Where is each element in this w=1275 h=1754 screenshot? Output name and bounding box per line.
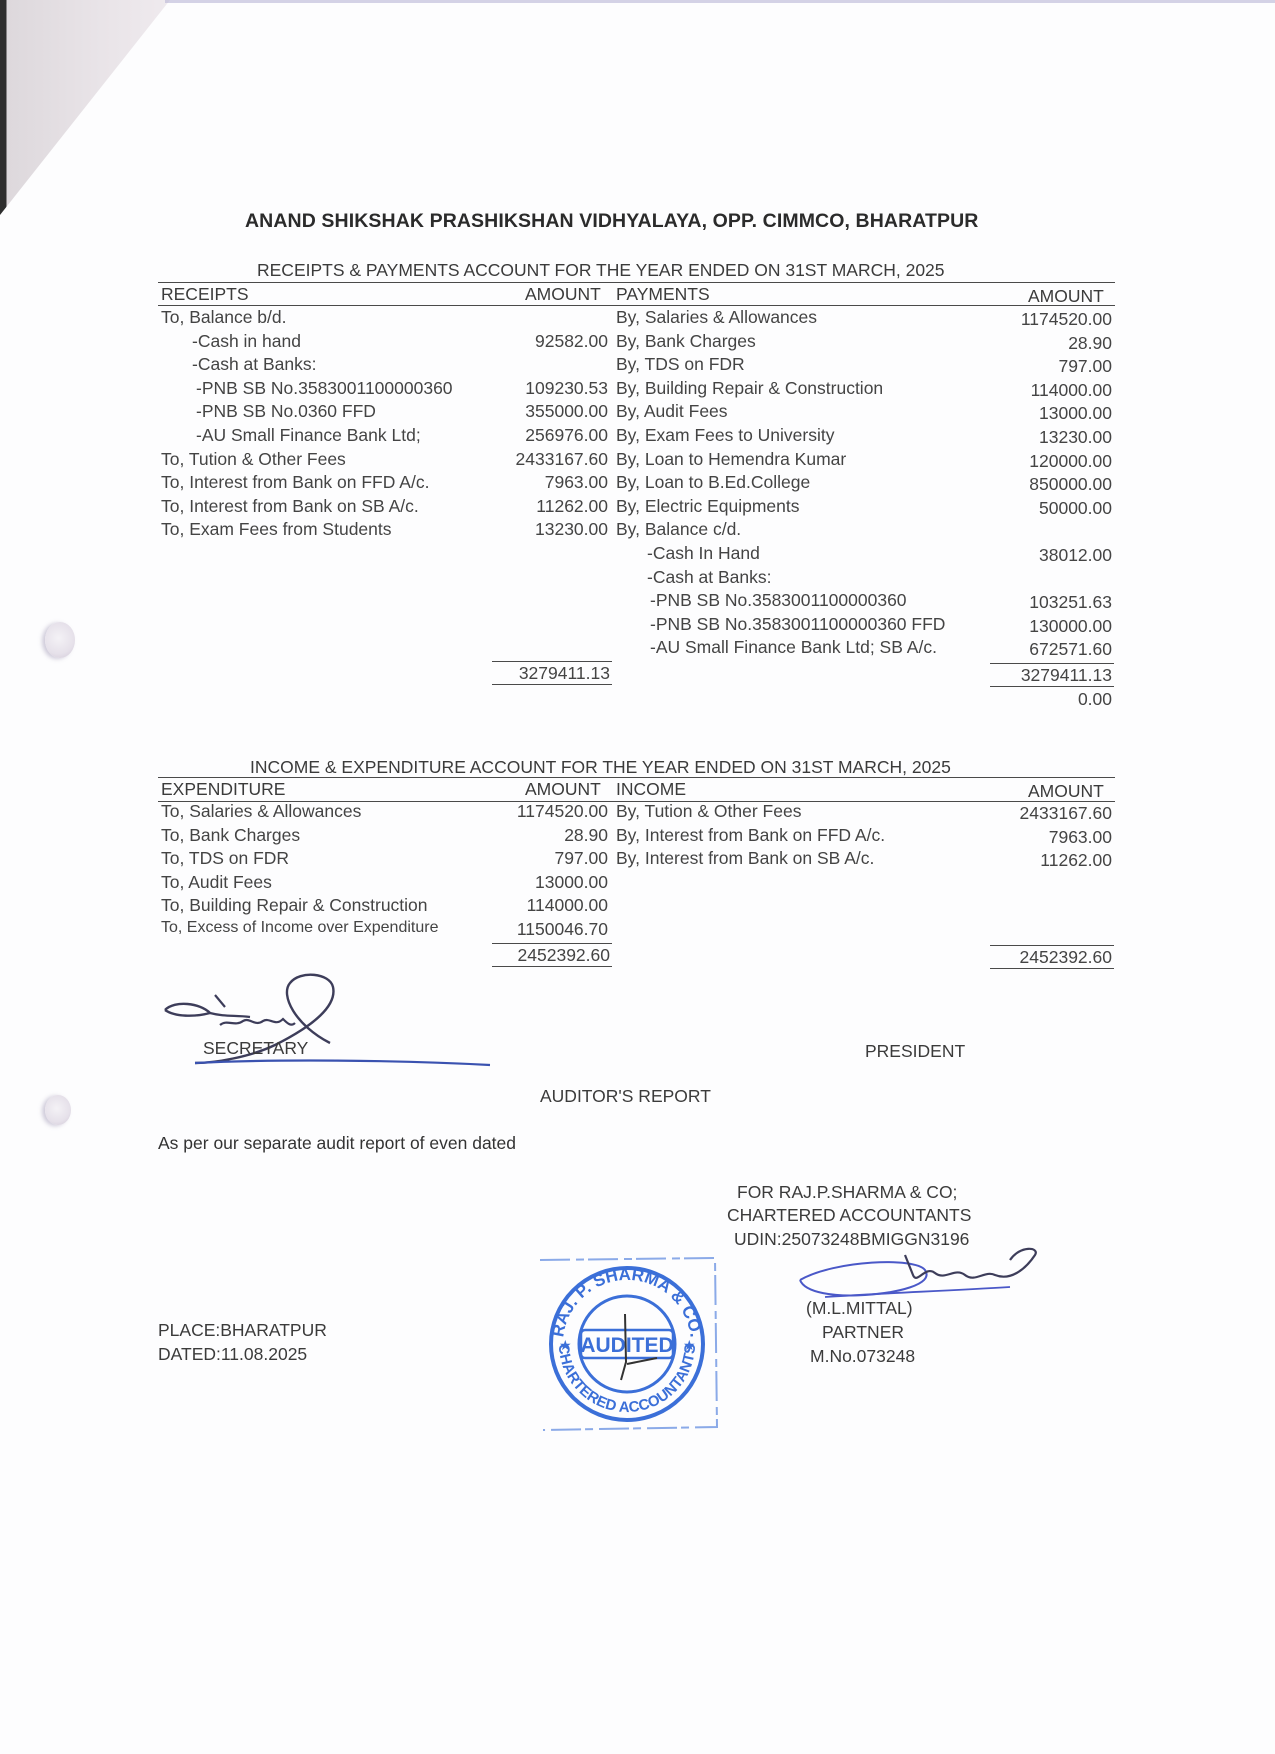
stamp-center-text: AUDITED	[580, 1334, 673, 1357]
ledger-row-label: -PNB SB No.0360 FFD	[196, 401, 376, 422]
total-payments: 3279411.13	[990, 663, 1114, 687]
ledger-row-amount: 114000.00	[972, 380, 1112, 401]
ledger-row-amount: 13000.00	[972, 403, 1112, 424]
ledger-row-label: By, Exam Fees to University	[616, 425, 835, 446]
ledger-row-label: -AU Small Finance Bank Ltd; SB A/c.	[650, 637, 937, 658]
header-amount-left: AMOUNT	[525, 284, 601, 305]
ledger-row-amount: 2433167.60	[468, 449, 608, 470]
ledger-row-label: -PNB SB No.3583001100000360	[650, 590, 907, 611]
ledger-row-label: To, Interest from Bank on FFD A/c.	[161, 472, 429, 493]
punch-hole	[45, 1095, 71, 1125]
auditor-report-heading: AUDITOR'S REPORT	[540, 1086, 711, 1107]
organization-title: ANAND SHIKSHAK PRASHIKSHAN VIDHYALAYA, O…	[245, 210, 978, 233]
ledger-row-label: To, Salaries & Allowances	[161, 801, 361, 822]
total-receipts: 3279411.13	[492, 661, 612, 685]
ledger-row-amount: 1174520.00	[972, 309, 1112, 330]
ledger-row-amount: 13230.00	[468, 519, 608, 540]
ledger-row-label: To, Exam Fees from Students	[161, 519, 392, 540]
ledger-row-amount: 130000.00	[972, 616, 1112, 637]
ledger-row-amount: 28.90	[468, 825, 608, 846]
scan-corner-fold	[0, 0, 170, 215]
difference: 0.00	[990, 689, 1112, 710]
ledger-row-amount: 92582.00	[468, 331, 608, 352]
ledger-row-label: By, TDS on FDR	[616, 354, 745, 375]
divider	[158, 305, 1115, 306]
place: PLACE:BHARATPUR	[158, 1320, 327, 1341]
ledger-row-label: By, Tution & Other Fees	[616, 801, 801, 822]
header-income: INCOME	[616, 779, 686, 800]
ledger-row-label: -Cash in hand	[192, 331, 301, 352]
ledger-row-label: -Cash In Hand	[647, 543, 760, 564]
ledger-row-amount: 120000.00	[972, 451, 1112, 472]
star-icon: ★	[559, 1338, 572, 1354]
ledger-row-amount: 355000.00	[468, 401, 608, 422]
ledger-row-label: By, Salaries & Allowances	[616, 307, 817, 328]
income-expenditure-title: INCOME & EXPENDITURE ACCOUNT FOR THE YEA…	[250, 757, 951, 778]
ledger-row-label: By, Electric Equipments	[616, 496, 800, 517]
ledger-row-label: By, Bank Charges	[616, 331, 756, 352]
star-icon: ★	[683, 1338, 696, 1354]
ledger-row-amount: 13230.00	[972, 427, 1112, 448]
ledger-row-label: -PNB SB No.3583001100000360 FFD	[650, 614, 945, 635]
ledger-row-label: To, Interest from Bank on SB A/c.	[161, 496, 419, 517]
header-receipts: RECEIPTS	[161, 284, 249, 305]
ledger-row-label: To, Audit Fees	[161, 872, 272, 893]
ledger-row-label: To, TDS on FDR	[161, 848, 289, 869]
ledger-row-label: To, Balance b/d.	[161, 307, 287, 328]
header-amount-right: AMOUNT	[1028, 781, 1104, 802]
membership-number: M.No.073248	[810, 1346, 915, 1367]
ledger-row-label: By, Building Repair & Construction	[616, 378, 883, 399]
total-income: 2452392.60	[990, 945, 1114, 969]
ledger-row-amount: 38012.00	[972, 545, 1112, 566]
ledger-row-amount: 7963.00	[972, 827, 1112, 848]
ledger-row-amount: 103251.63	[972, 592, 1112, 613]
ledger-row-label: -Cash at Banks:	[192, 354, 317, 375]
audited-stamp: RAJ. P. SHARMA & CO. CHARTERED ACCOUNTAN…	[535, 1252, 720, 1434]
ledger-row-amount: 797.00	[972, 356, 1112, 377]
ledger-row-amount: 109230.53	[468, 378, 608, 399]
ledger-row-amount: 28.90	[972, 333, 1112, 354]
punch-hole	[45, 622, 75, 658]
stamp-top-text: RAJ. P. SHARMA & CO.	[548, 1265, 705, 1339]
ledger-row-label: To, Tution & Other Fees	[161, 449, 346, 470]
ledger-row-amount: 1174520.00	[468, 801, 608, 822]
ledger-row-label: To, Bank Charges	[161, 825, 300, 846]
ledger-row-amount: 2433167.60	[972, 803, 1112, 824]
ledger-row-label: By, Interest from Bank on SB A/c.	[616, 848, 874, 869]
ledger-row-amount: 7963.00	[468, 472, 608, 493]
ledger-row-amount: 50000.00	[972, 498, 1112, 519]
ledger-row-amount: 672571.60	[972, 639, 1112, 660]
ledger-row-label: By, Balance c/d.	[616, 519, 741, 540]
ledger-row-label: By, Loan to Hemendra Kumar	[616, 449, 846, 470]
auditor-firm: FOR RAJ.P.SHARMA & CO;	[737, 1182, 957, 1203]
ledger-row-amount: 256976.00	[468, 425, 608, 446]
divider	[158, 777, 1115, 778]
partner-title: PARTNER	[822, 1322, 904, 1343]
secretary-label: SECRETARY	[203, 1038, 308, 1059]
scan-top-edge	[165, 0, 1275, 3]
ledger-row-label: By, Loan to B.Ed.College	[616, 472, 810, 493]
ledger-row-label: By, Audit Fees	[616, 401, 728, 422]
divider	[158, 282, 1115, 283]
president-label: PRESIDENT	[865, 1041, 965, 1062]
partner-name: (M.L.MITTAL)	[806, 1298, 913, 1319]
auditor-firm-type: CHARTERED ACCOUNTANTS	[727, 1205, 971, 1226]
ledger-row-amount: 11262.00	[972, 850, 1112, 871]
ledger-row-amount: 13000.00	[468, 872, 608, 893]
ledger-row-amount: 11262.00	[468, 496, 608, 517]
total-expenditure: 2452392.60	[492, 943, 612, 967]
ledger-row-label: -AU Small Finance Bank Ltd;	[196, 425, 421, 446]
ledger-row-label: -PNB SB No.3583001100000360	[196, 378, 453, 399]
auditor-statement: As per our separate audit report of even…	[158, 1133, 516, 1154]
header-amount-right: AMOUNT	[1028, 286, 1104, 307]
header-payments: PAYMENTS	[616, 284, 710, 305]
dated: DATED:11.08.2025	[158, 1344, 307, 1365]
receipts-payments-title: RECEIPTS & PAYMENTS ACCOUNT FOR THE YEAR…	[257, 260, 945, 281]
ledger-row-label: By, Interest from Bank on FFD A/c.	[616, 825, 885, 846]
ledger-row-amount: 850000.00	[972, 474, 1112, 495]
ledger-row-label: To, Building Repair & Construction	[161, 895, 428, 916]
header-expenditure: EXPENDITURE	[161, 779, 285, 800]
ledger-row-amount: 1150046.70	[468, 919, 608, 940]
ledger-row-amount: 797.00	[468, 848, 608, 869]
ledger-row-label: To, Excess of Income over Expenditure	[161, 919, 438, 937]
ledger-row-amount: 114000.00	[468, 895, 608, 916]
header-amount-left: AMOUNT	[525, 779, 601, 800]
ledger-row-label: -Cash at Banks:	[647, 567, 772, 588]
